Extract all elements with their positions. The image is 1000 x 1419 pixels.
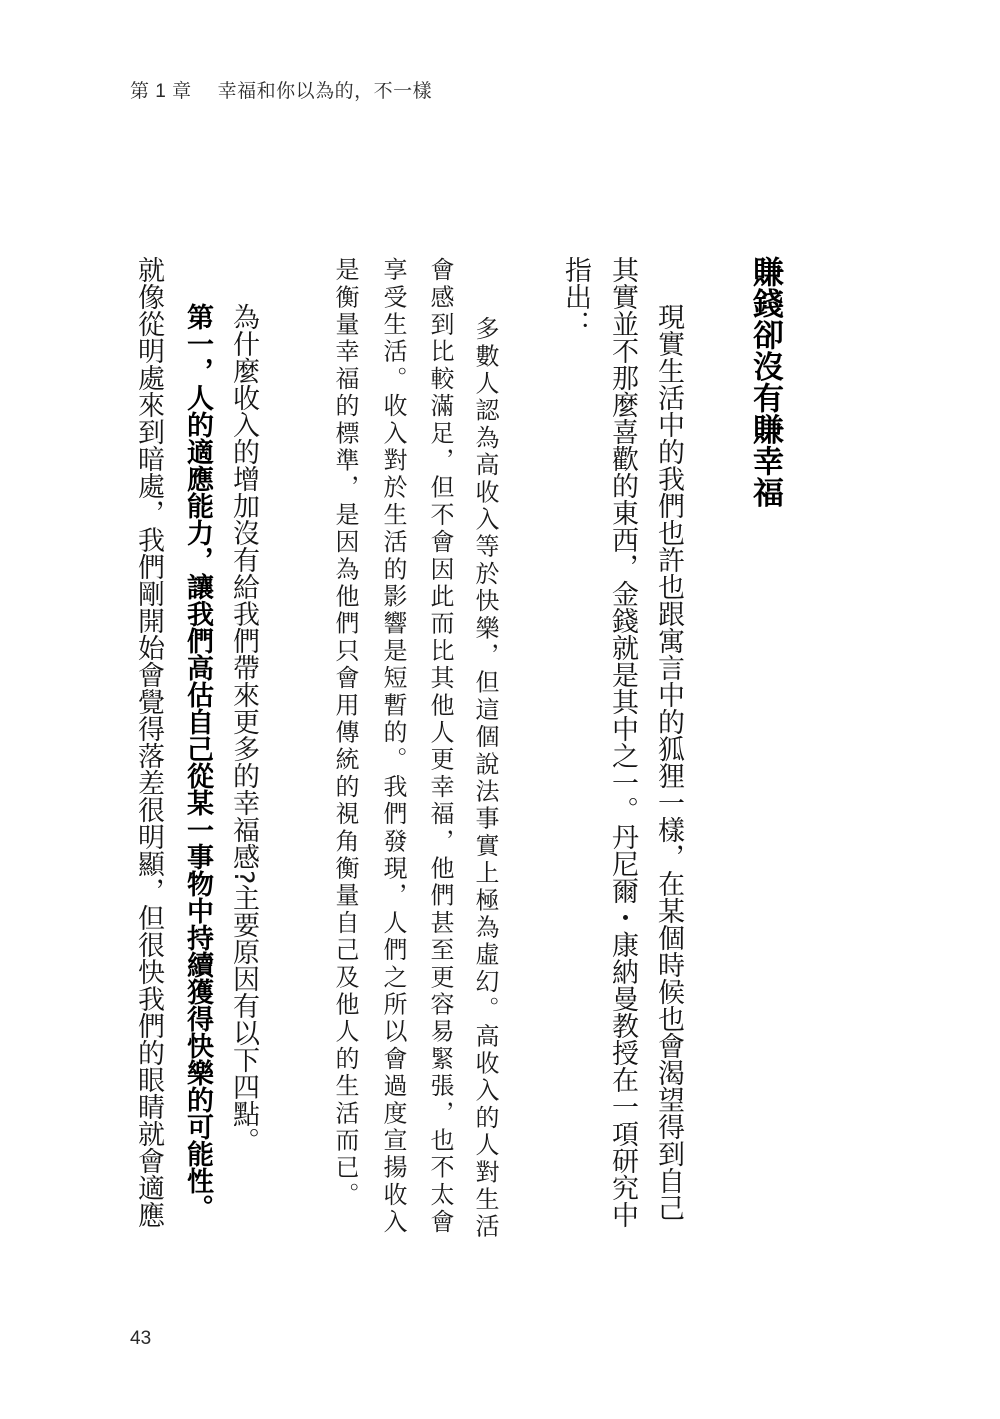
chapter-title: 幸福和你以為的，不一樣: [218, 81, 433, 102]
body-question-line: 為什麼收入的增加沒有給我們帶來更多的幸福感?主要原因有以下四點。: [226, 303, 260, 1154]
section-title: 賺錢卻沒有賺幸福: [748, 256, 782, 508]
intro-paragraph-line-2: 其實並不那麼喜歡的東西，金錢就是其中之一。丹尼爾・康納曼教授在一項研究中: [605, 256, 639, 1228]
body-continuation-line: 就像從明處來到暗處，我們剛開始會覺得落差很明顯，但很快我們的眼睛就會適應: [131, 256, 165, 1228]
quote-line-1: 多數人認為高收入等於快樂，但這個說法事實上極為虛幻。高收入的人對生活: [468, 316, 502, 1241]
chapter-number: 第 1 章: [130, 81, 192, 102]
page-number: 43: [130, 1328, 151, 1350]
intro-paragraph-line-1: 現實生活中的我們也許也跟寓言中的狐狸一樣，在某個時候也會渴望得到自己: [651, 303, 685, 1221]
quote-line-4: 是衡量幸福的標準，是因為他們只會用傳統的視角衡量自己及他人的生活而已。: [328, 257, 362, 1209]
intro-paragraph-line-3: 指出：: [558, 256, 592, 337]
quote-line-3: 享受生活。收入對於生活的影響是短暫的。我們發現，人們之所以會過度宣揚收入: [376, 257, 410, 1236]
quote-line-2: 會感到比較滿足，但不會因此而比其他人更幸福，他們甚至更容易緊張，也不太會: [423, 257, 457, 1236]
point-one-heading: 第一，人的適應能力，讓我們高估自己從某一事物中持續獲得快樂的可能性。: [180, 303, 214, 1221]
running-header: 第 1 章幸福和你以為的，不一樣: [130, 76, 432, 103]
